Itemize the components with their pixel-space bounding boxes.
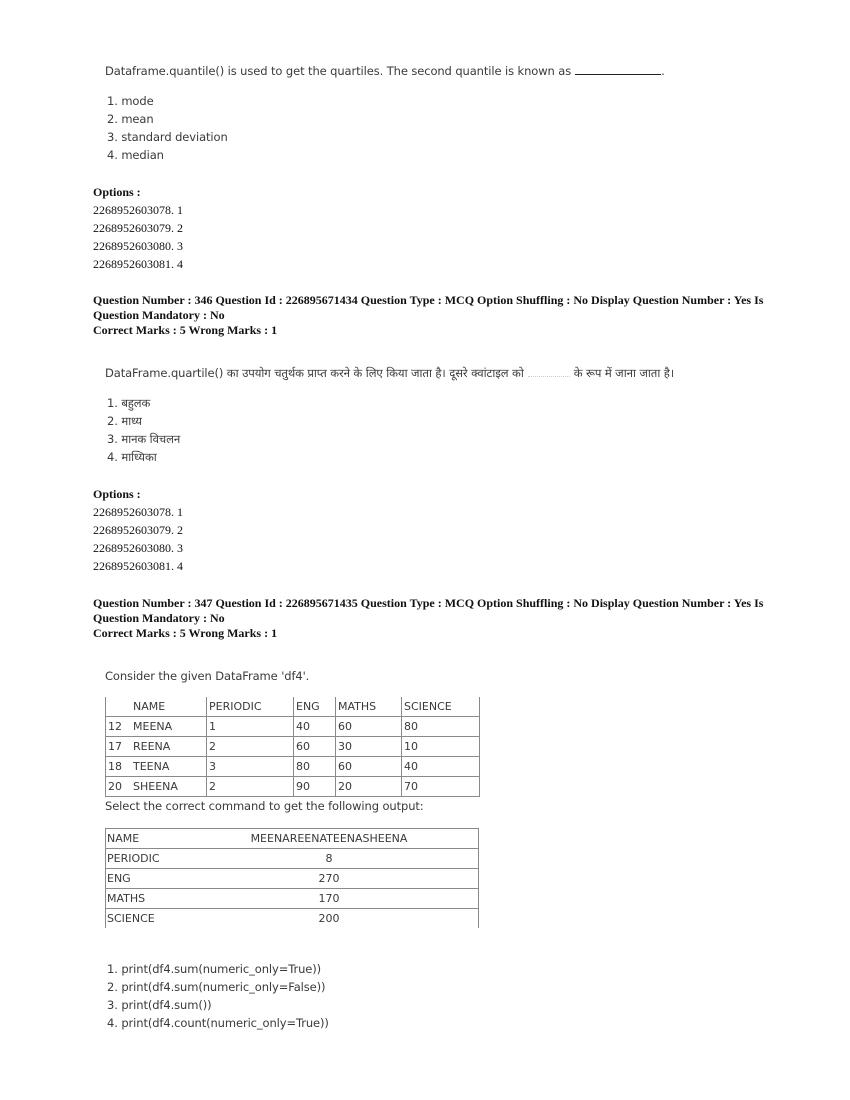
table-cell: 40 <box>294 717 336 737</box>
table-row: NAME MEENAREENATEENASHEENA <box>106 829 479 849</box>
choice-item: 4. print(df4.count(numeric_only=True)) <box>107 1014 329 1032</box>
question-text: Dataframe.quantile() is used to get the … <box>105 64 665 78</box>
table-cell: 10 <box>402 737 480 757</box>
table-row: 18 TEENA 3 80 60 40 <box>106 757 480 777</box>
row-label: PERIODIC <box>106 849 180 869</box>
row-label: ENG <box>106 869 180 889</box>
choice-list: 1. print(df4.sum(numeric_only=True)) 2. … <box>107 960 329 1032</box>
table-cell: 70 <box>402 777 480 797</box>
option-item: 2268952603080. 3 <box>93 237 183 255</box>
choice-item: 1. बहुलक <box>107 394 180 412</box>
table-cell: 2 <box>207 777 294 797</box>
options-label: Options : <box>93 183 183 201</box>
choice-item: 4. median <box>107 146 228 164</box>
question-intro: Consider the given DataFrame 'df4'. <box>105 669 309 683</box>
table-cell: 30 <box>336 737 402 757</box>
header-cell: NAME <box>130 697 207 717</box>
option-item: 2268952603080. 3 <box>93 539 183 557</box>
table-row: ENG 270 <box>106 869 479 889</box>
table-cell: MEENA <box>130 717 207 737</box>
marks-line: Correct Marks : 5 Wrong Marks : 1 <box>93 323 773 338</box>
row-label: NAME <box>106 829 180 849</box>
choice-list: 1. बहुलक 2. माध्य 3. मानक विचलन 4. माध्य… <box>107 394 180 466</box>
row-label: MATHS <box>106 889 180 909</box>
table-cell: 90 <box>294 777 336 797</box>
answer-blank <box>528 367 570 377</box>
table-cell: SHEENA <box>130 777 207 797</box>
table-row: SCIENCE 200 <box>106 909 479 929</box>
marks-line: Correct Marks : 5 Wrong Marks : 1 <box>93 626 773 641</box>
choice-item: 4. माध्यिका <box>107 448 180 466</box>
table-row: 20 SHEENA 2 90 20 70 <box>106 777 480 797</box>
table-row: 17 REENA 2 60 30 10 <box>106 737 480 757</box>
dataframe-table: NAME PERIODIC ENG MATHS SCIENCE 12 MEENA… <box>105 697 480 797</box>
table-header-row: NAME PERIODIC ENG MATHS SCIENCE <box>106 697 480 717</box>
options-block: Options : 2268952603078. 1 2268952603079… <box>93 183 183 273</box>
table-cell: 20 <box>336 777 402 797</box>
table-cell: 80 <box>402 717 480 737</box>
options-label: Options : <box>93 485 183 503</box>
choice-item: 2. माध्य <box>107 412 180 430</box>
table-row: 12 MEENA 1 40 60 80 <box>106 717 480 737</box>
choice-item: 3. standard deviation <box>107 128 228 146</box>
question-text: DataFrame.quartile() का उपयोग चतुर्थक प्… <box>105 366 674 381</box>
option-item: 2268952603078. 1 <box>93 201 183 219</box>
question-meta: Question Number : 347 Question Id : 2268… <box>93 596 773 641</box>
row-value: 8 <box>179 849 479 869</box>
answer-blank <box>575 64 661 75</box>
choice-item: 2. mean <box>107 110 228 128</box>
row-value: MEENAREENATEENASHEENA <box>179 829 479 849</box>
question-text-suffix: के रूप में जाना जाता है। <box>574 366 674 380</box>
choice-item: 1. print(df4.sum(numeric_only=True)) <box>107 960 329 978</box>
table-cell: REENA <box>130 737 207 757</box>
index-cell: 12 <box>106 717 131 737</box>
table-cell: 3 <box>207 757 294 777</box>
choice-item: 2. print(df4.sum(numeric_only=False)) <box>107 978 329 996</box>
row-value: 170 <box>179 889 479 909</box>
row-label: SCIENCE <box>106 909 180 929</box>
question-text-suffix: . <box>661 64 665 78</box>
question-meta-line: Question Number : 347 Question Id : 2268… <box>93 596 773 625</box>
index-cell: 18 <box>106 757 131 777</box>
option-item: 2268952603081. 4 <box>93 255 183 273</box>
table-cell: 1 <box>207 717 294 737</box>
row-value: 200 <box>179 909 479 929</box>
question-text-prefix: DataFrame.quartile() का उपयोग चतुर्थक प्… <box>105 366 524 380</box>
header-cell: SCIENCE <box>402 697 480 717</box>
table-cell: 60 <box>336 717 402 737</box>
choice-item: 1. mode <box>107 92 228 110</box>
header-cell <box>106 697 131 717</box>
table-cell: 40 <box>402 757 480 777</box>
option-item: 2268952603081. 4 <box>93 557 183 575</box>
option-item: 2268952603078. 1 <box>93 503 183 521</box>
row-value: 270 <box>179 869 479 889</box>
question-meta: Question Number : 346 Question Id : 2268… <box>93 293 773 338</box>
choice-item: 3. print(df4.sum()) <box>107 996 329 1014</box>
header-cell: MATHS <box>336 697 402 717</box>
options-block: Options : 2268952603078. 1 2268952603079… <box>93 485 183 575</box>
index-cell: 17 <box>106 737 131 757</box>
output-table: NAME MEENAREENATEENASHEENA PERIODIC 8 EN… <box>105 828 479 928</box>
choice-item: 3. मानक विचलन <box>107 430 180 448</box>
question-text-prefix: Dataframe.quantile() is used to get the … <box>105 64 571 78</box>
option-item: 2268952603079. 2 <box>93 521 183 539</box>
table-cell: 80 <box>294 757 336 777</box>
header-cell: PERIODIC <box>207 697 294 717</box>
table-row: PERIODIC 8 <box>106 849 479 869</box>
table-cell: 2 <box>207 737 294 757</box>
table-cell: 60 <box>294 737 336 757</box>
table-row: MATHS 170 <box>106 889 479 909</box>
header-cell: ENG <box>294 697 336 717</box>
table-cell: 60 <box>336 757 402 777</box>
choice-list: 1. mode 2. mean 3. standard deviation 4.… <box>107 92 228 164</box>
index-cell: 20 <box>106 777 131 797</box>
table-cell: TEENA <box>130 757 207 777</box>
output-prompt: Select the correct command to get the fo… <box>105 799 424 813</box>
question-meta-line: Question Number : 346 Question Id : 2268… <box>93 293 773 322</box>
option-item: 2268952603079. 2 <box>93 219 183 237</box>
